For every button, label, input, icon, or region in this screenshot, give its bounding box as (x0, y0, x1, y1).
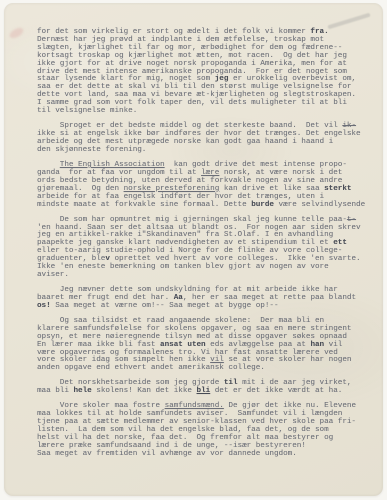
text-line: Ikke 'en eneste bemerkning om tanken ble… (37, 264, 373, 272)
text-segment: det er det ikke værdt at ha. (210, 387, 342, 395)
text-segment: gjøremaal. Og den (37, 185, 124, 193)
text-segment: norske presteforening (124, 185, 220, 193)
text-segment: kortsagt troskap og kjærlighet mot ætten… (37, 52, 347, 60)
scanned-paper-page: for det som virkelig er stort og ædelt i… (4, 3, 383, 496)
text-segment: kan drive et like saa (219, 185, 324, 193)
text-segment: t- (347, 216, 356, 224)
text-segment: lærere præke samfundsaand ind i de unge,… (37, 442, 306, 450)
text-line: os! Saa meget at værne om!-- Saa meget a… (37, 303, 373, 311)
paragraph: Det norskhetsarbeide som jeg gjorde til … (37, 380, 373, 396)
text-segment: vil (324, 341, 342, 349)
text-segment: helst vil ha det norske, faa det. Og fre… (37, 434, 333, 442)
text-line: maa bli hele skolens! Kan det ikke bli d… (37, 388, 373, 396)
typewritten-text-body: for det som virkelig er stort og ædelt i… (37, 29, 373, 466)
text-segment: ords bedste betydning, uten derved at fo… (37, 177, 342, 185)
text-segment (37, 161, 60, 169)
text-segment: Ikke 'en eneste bemerkning om tanken ble… (37, 263, 329, 271)
text-segment: Sproget er det bedste middel og det ster… (37, 122, 342, 130)
text-segment: norsk, at være norsk i det (219, 169, 342, 177)
text-segment: hele (73, 387, 91, 395)
text-line: den skjønneste forening. (37, 147, 373, 155)
text-segment: graduenter, ble (37, 255, 105, 263)
text-segment: oprettet ved hvert av vore colleges. Ikk… (110, 255, 361, 263)
text-segment: os! (37, 302, 51, 310)
pink-smudge-mark (8, 26, 25, 40)
text-line: til velsignelse minke. (37, 108, 373, 116)
text-segment: maa bli (37, 387, 73, 395)
text-segment: være selvindlysende (274, 201, 365, 209)
text-line: Saa meget av fremtiden vil avhænge av vo… (37, 451, 373, 459)
pencil-scratch-mark (327, 13, 370, 30)
text-line: mindste maate at forkvakle sine formaal.… (37, 202, 373, 210)
text-segment: aviser. (37, 271, 69, 279)
paragraph: Og saa tilsidst et raad angaaende skolen… (37, 318, 373, 373)
paragraph: Sproget er det bedste middel og det ster… (37, 123, 373, 155)
text-segment: han (310, 341, 324, 349)
text-segment: anden opgave end ethvert andet amerikans… (37, 364, 265, 372)
text-segment: mindste maate at forkvakle sine formaal.… (37, 201, 251, 209)
text-segment: klarere samfundsfølelse for skolens opga… (37, 325, 351, 333)
text-segment: The English Association (60, 161, 165, 169)
text-segment: bli (197, 387, 211, 395)
text-segment: ikke gjort for at drive noget norsk prop… (37, 60, 347, 68)
text-line: anden opgave end ethvert andet amerikans… (37, 365, 373, 373)
text-segment: opsyn, et mere nøieregnende tilsyn med a… (37, 333, 347, 341)
text-segment: arbeide og det mest utprægede norske kan… (37, 138, 333, 146)
text-segment: ik- (342, 122, 356, 130)
paragraph: Vore skoler maa fostre samfundsmænd. De … (37, 403, 373, 458)
text-segment: baaret mer frugt end det har. (37, 294, 174, 302)
text-segment: eds avlæggelse paa at (206, 341, 311, 349)
text-line: aviser. (37, 272, 373, 280)
text-segment: ansat uten (160, 341, 206, 349)
text-segment: listen. La dem som vil ha det engelske b… (37, 426, 329, 434)
text-segment: I samme grad som vort folk taper den, vi… (37, 99, 347, 107)
text-segment: til velsignelse minke. (37, 107, 137, 115)
text-segment: ganda for at faa vor ungdom til at (37, 169, 201, 177)
text-segment: Saa meget av fremtiden vil avhænge av vo… (37, 450, 297, 458)
text-segment: for det som virkelig er stort og ædelt i… (37, 28, 310, 36)
text-segment: skolens! Kan det ikke (92, 387, 197, 395)
text-segment: fra. (310, 28, 328, 36)
paragraph: Jeg nævner dette som undskyldning for at… (37, 287, 373, 311)
text-segment: Og saa tilsidst et raad angaaende skolen… (37, 317, 324, 325)
text-segment: Aa (174, 294, 183, 302)
text-segment: ikke si at engelsk ikke bør indføres der… (37, 130, 361, 138)
text-segment: den skjønneste forening. (37, 146, 146, 154)
text-segment: slægten, kjærlighet til far og mor, ærbø… (37, 44, 342, 52)
paragraph: The English Association kan godt drive d… (37, 162, 373, 209)
text-segment: En lærer maa ikke bli fast (37, 341, 160, 349)
text-segment: , her er saa meget at rette paa blandt (183, 294, 356, 302)
text-segment: arbeide for at faa engelsk indført der h… (37, 193, 324, 201)
text-segment: burde (251, 201, 274, 209)
text-segment: Saa meget at værne om!-- Saa meget at by… (51, 302, 279, 310)
text-segment: sterkt (324, 185, 351, 193)
text-segment: kan godt drive det mest intense propo- (165, 161, 347, 169)
paragraph: De som har opmuntret mig i gjerningen sk… (37, 217, 373, 280)
text-segment: lære (201, 169, 219, 177)
paragraph: for det som virkelig er stort og ædelt i… (37, 29, 373, 116)
text-segment: Dernæst har jeg prøvd at indplante i dem… (37, 36, 324, 44)
text-segment: De som har opmuntret mig i gjerningen sk… (37, 216, 347, 224)
text-segment: Jeg nævner dette som undskyldning for at… (37, 286, 338, 294)
